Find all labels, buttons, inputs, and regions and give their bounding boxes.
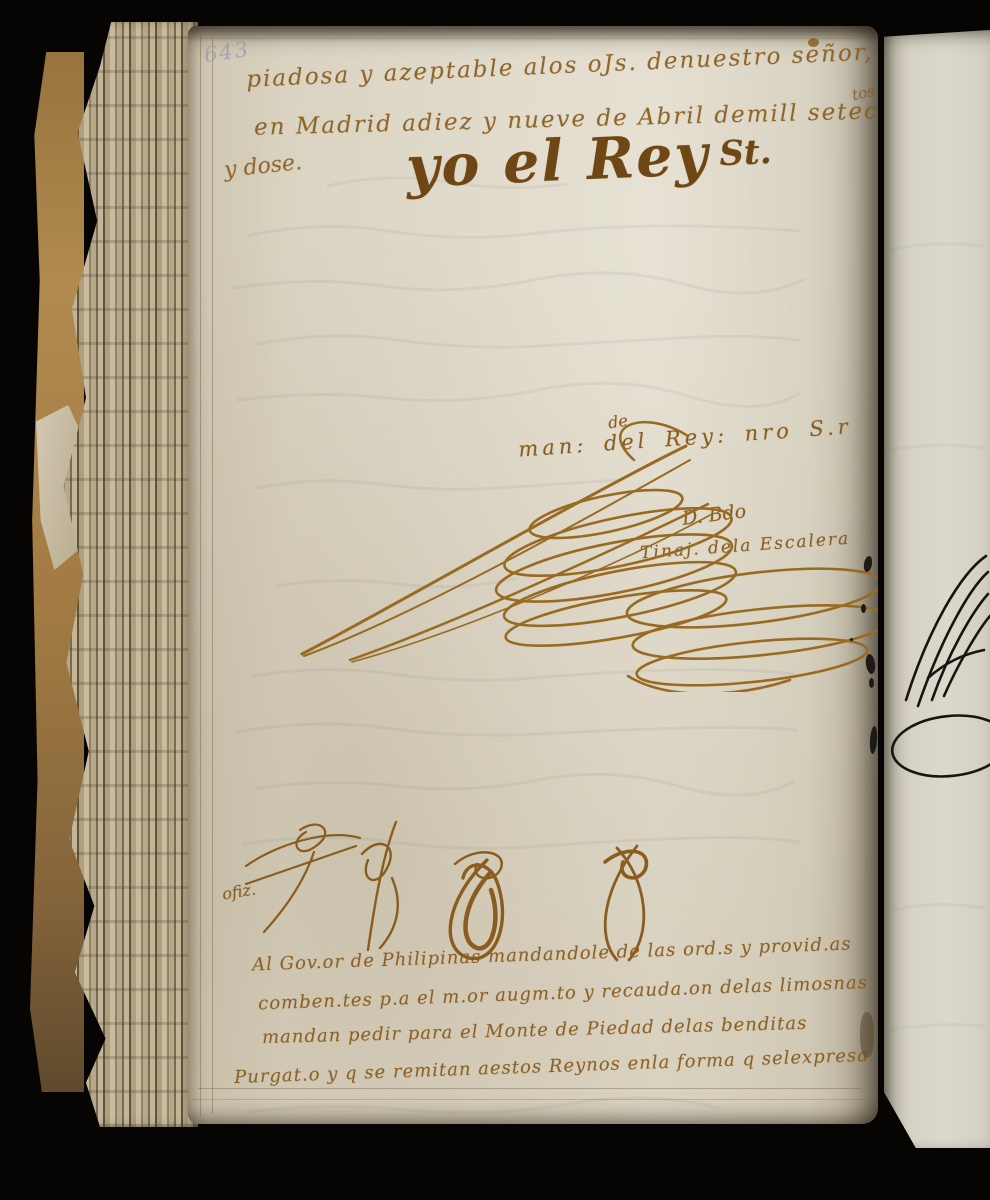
countersign-loop-flourish <box>606 542 878 692</box>
book-cover-edge <box>30 52 84 1092</box>
royal-signature-text: yo el Rey <box>405 121 711 201</box>
gutter-smudge <box>860 1012 874 1058</box>
royal-rubric-mark: St. <box>719 132 773 174</box>
facing-page-sliver <box>884 30 990 1148</box>
date-line-3: y dose. <box>223 150 303 183</box>
facing-page-signature-flourish <box>888 550 990 810</box>
bottom-rule-line <box>192 1099 868 1100</box>
ink-blot <box>861 604 866 613</box>
manuscript-photo: 643 piadosa y azeptable alos oJs. denues… <box>0 0 990 1200</box>
summary-line-2: comben.tes p.a el m.or augm.to y recauda… <box>258 971 878 1015</box>
ink-blot <box>869 726 878 754</box>
ink-stain <box>808 38 819 47</box>
ink-blot <box>869 678 874 688</box>
manuscript-page: 643 piadosa y azeptable alos oJs. denues… <box>188 26 878 1124</box>
top-rule-line <box>200 38 864 39</box>
date-line-1: piadosa y azeptable alos oJs. denuestro … <box>246 37 878 93</box>
council-rubric-2 <box>350 816 420 956</box>
ink-blot <box>850 638 853 641</box>
margin-rule-line <box>200 34 201 1116</box>
bottom-rule-line <box>198 1088 862 1089</box>
summary-line-3: mandan pedir para el Monte de Piedad del… <box>262 1013 808 1048</box>
summary-line-4: Purgat.o y q se remitan aestos Reynos en… <box>234 1045 869 1088</box>
margin-rule-line <box>212 36 213 1114</box>
folio-number-pencil: 643 <box>203 37 252 67</box>
